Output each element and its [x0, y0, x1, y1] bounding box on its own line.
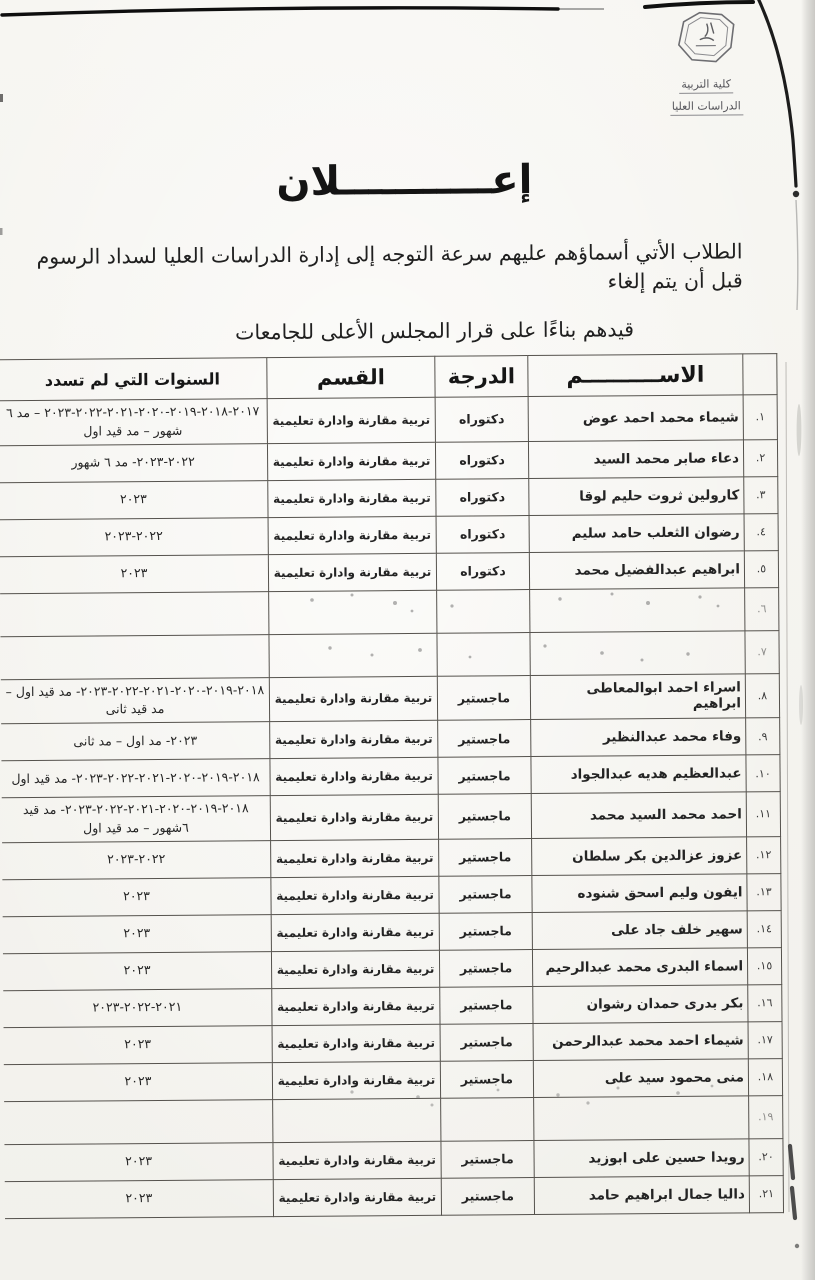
degree-value: دكتوراه	[435, 441, 528, 479]
unpaid-years-value	[0, 591, 269, 636]
degree-value: ماجستير	[438, 720, 531, 758]
degree-value: دكتوراه	[436, 478, 529, 516]
degree-value: ماجستير	[441, 1140, 534, 1178]
student-row: ٢. دعاء صابر محمد السيد دكتوراه تربية مق…	[0, 439, 778, 482]
header-unpaid-years: السنوات التي لم تسدد	[0, 358, 267, 401]
unpaid-years-value: ٢٠٢٣	[0, 554, 269, 593]
student-name: عبدالعظيم هديه عبدالجواد	[531, 755, 746, 794]
student-name: بكر بدرى حمدان رشوان	[533, 984, 748, 1023]
row-number: ٧.	[745, 630, 779, 673]
student-name	[530, 587, 745, 632]
student-row: ١٢. عزوز عزالدين بكر سلطان ماجستير تربية…	[2, 836, 781, 879]
department-value: تربية مقارنة وادارة تعليمية	[272, 1024, 440, 1062]
student-name: دعاء صابر محمد السيد	[528, 439, 743, 478]
department-value: تربية مقارنة وادارة تعليمية	[267, 442, 435, 480]
student-name: رضوان الثعلب حامد سليم	[529, 513, 744, 552]
department-value: تربية مقارنة وادارة تعليمية	[272, 1061, 440, 1099]
degree-value: ماجستير	[439, 838, 532, 876]
header-degree: الدرجة	[435, 356, 528, 398]
degree-value: ماجستير	[437, 675, 530, 720]
header-name: الاســــــــــم	[528, 354, 743, 397]
stamp-line-2: الدراسات العليا	[670, 100, 743, 116]
student-name: احمد محمد السيد محمد	[531, 792, 746, 838]
student-row: ٤. رضوان الثعلب حامد سليم دكتوراه تربية …	[0, 513, 778, 556]
department-value: تربية مقارنة وادارة تعليمية	[270, 794, 438, 840]
degree-value	[437, 632, 530, 676]
scanned-document-page: { "stamp": { "line1": "كلية التربية", "l…	[0, 0, 815, 1280]
student-row: ٨. اسراء احمد ابوالمعاطى ابراهيم ماجستير…	[1, 673, 780, 724]
degree-value: ماجستير	[440, 986, 533, 1024]
student-name	[530, 630, 745, 675]
row-number: ١٨.	[748, 1058, 782, 1095]
student-name: شيماء احمد محمد عبدالرحمن	[533, 1021, 748, 1060]
student-row: ٦.	[0, 587, 779, 636]
student-name: اسماء البدرى محمد عبدالرحيم	[532, 947, 747, 986]
student-name: شيماء محمد احمد عوض	[528, 395, 743, 441]
row-number: ٨.	[745, 673, 779, 718]
student-row: ٢١. داليا جمال ابراهيم حامد ماجستير تربي…	[5, 1175, 784, 1218]
unpaid-years-value: ٢٠٢٢-٢٠٢٣- مد ٦ شهور	[0, 443, 268, 482]
degree-value: ماجستير	[441, 1177, 534, 1215]
stamp-line-1: كلية التربية	[679, 78, 733, 93]
department-value	[269, 590, 437, 634]
student-name: رويدا حسين على ابوزيد	[534, 1138, 749, 1177]
department-value: تربية مقارنة وادارة تعليمية	[271, 950, 439, 988]
unpaid-years-value: ٢٠٢٣	[3, 951, 272, 990]
row-number: ١٧.	[748, 1021, 782, 1058]
unpaid-years-value	[4, 1099, 273, 1144]
student-row: ١٤. سهير خلف جاد على ماجستير تربية مقارن…	[3, 910, 782, 953]
unpaid-years-value: ٢٠٢٣	[4, 1025, 273, 1064]
student-name: ابراهيم عبدالفضيل محمد	[529, 550, 744, 589]
student-row: ٢٠. رويدا حسين على ابوزيد ماجستير تربية …	[4, 1138, 783, 1181]
degree-value: ماجستير	[438, 794, 531, 839]
unpaid-years-value: ٢٠٢٣	[3, 914, 272, 953]
faculty-stamp: كلية التربية الدراسات العليا	[651, 9, 762, 116]
student-row: ١٠. عبدالعظيم هديه عبدالجواد ماجستير ترب…	[1, 755, 780, 798]
unpaid-years-value	[0, 634, 269, 679]
row-number: ٢٠.	[749, 1138, 783, 1175]
intro-line-1: الطلاب الأتي أسماؤهم عليهم سرعة التوجه إ…	[5, 237, 742, 300]
unpaid-years-value: ٢٠١٧-٢٠١٨-٢٠١٩-٢٠٢٠-٢٠٢١-٢٠٢٢-٢٠٢٣ – مد …	[0, 399, 267, 446]
department-value: تربية مقارنة وادارة تعليمية	[268, 553, 436, 591]
degree-value: ماجستير	[439, 949, 532, 987]
unpaid-years-value: ٢٠٢٣	[4, 1142, 273, 1181]
department-value: تربية مقارنة وادارة تعليمية	[272, 987, 440, 1025]
department-value: تربية مقارنة وادارة تعليمية	[270, 720, 438, 758]
header-number	[743, 354, 777, 395]
student-name: ايفون وليم اسحق شنوده	[532, 873, 747, 912]
row-number: ١٦.	[748, 984, 782, 1021]
student-name: داليا جمال ابراهيم حامد	[534, 1175, 749, 1214]
table-header-row: الاســــــــــم الدرجة القسم السنوات الت…	[0, 354, 777, 401]
student-name: سهير خلف جاد على	[532, 910, 747, 949]
department-value	[269, 633, 437, 677]
intro-line-2: قيدهم بناءًا على قرار المجلس الأعلى للجا…	[6, 315, 743, 349]
paper-sheet: كلية التربية الدراسات العليا إعـــــــــ…	[0, 0, 815, 1280]
student-row: ١٨. منى محمود سيد على ماجستير تربية مقار…	[4, 1058, 783, 1101]
department-value: تربية مقارنة وادارة تعليمية	[270, 757, 438, 795]
student-row: ٣. كارولين ثروت حليم لوقا دكتوراه تربية …	[0, 476, 778, 519]
student-row: ١٥. اسماء البدرى محمد عبدالرحيم ماجستير …	[3, 947, 782, 990]
student-row: ١. شيماء محمد احمد عوض دكتوراه تربية مقا…	[0, 395, 777, 446]
unpaid-years-value: ٢٠٢١-٢٠٢٢-٢٠٢٣	[3, 988, 272, 1027]
degree-value: دكتوراه	[435, 397, 528, 442]
student-name: كارولين ثروت حليم لوقا	[529, 476, 744, 515]
student-name	[534, 1095, 749, 1140]
row-number: ١١.	[746, 792, 780, 837]
unpaid-years-value: ٢٠٢٣	[0, 480, 268, 519]
student-name: اسراء احمد ابوالمعاطى ابراهيم	[530, 673, 745, 719]
degree-value: ماجستير	[439, 875, 532, 913]
unpaid-years-value: ٢٠١٨-٢٠١٩-٢٠٢٠-٢٠٢١-٢٠٢٢-٢٠٢٣- مد قيد او…	[1, 677, 270, 724]
student-row: ٩. وفاء محمد عبدالنظير ماجستير تربية مقا…	[1, 718, 780, 761]
department-value: تربية مقارنة وادارة تعليمية	[271, 876, 439, 914]
row-number: ٩.	[746, 718, 780, 755]
degree-value	[441, 1097, 534, 1141]
unpaid-years-value: ٢٠٢٣- مد اول – مد ثانى	[1, 722, 270, 761]
row-number: ١٩.	[749, 1095, 783, 1138]
unpaid-years-value: ٢٠١٨-٢٠١٩-٢٠٢٠-٢٠٢١-٢٠٢٢-٢٠٢٣- مد قيد او…	[1, 759, 270, 798]
department-value: تربية مقارنة وادارة تعليمية	[268, 479, 436, 517]
department-value: تربية مقارنة وادارة تعليمية	[273, 1178, 441, 1216]
row-number: ٣.	[744, 476, 778, 513]
row-number: ٥.	[744, 550, 778, 587]
degree-value: ماجستير	[439, 912, 532, 950]
unpaid-years-value: ٢٠٢٣	[2, 877, 271, 916]
unpaid-years-value: ٢٠٢٢-٢٠٢٣	[0, 517, 268, 556]
student-name: وفاء محمد عبدالنظير	[531, 718, 746, 757]
student-row: ٧.	[0, 630, 779, 679]
department-value: تربية مقارنة وادارة تعليمية	[267, 397, 435, 443]
row-number: ٦.	[745, 587, 779, 630]
department-value: تربية مقارنة وادارة تعليمية	[269, 676, 437, 722]
row-number: ١٥.	[747, 947, 781, 984]
degree-value: ماجستير	[440, 1023, 533, 1061]
degree-value	[437, 589, 530, 633]
student-row: ١١. احمد محمد السيد محمد ماجستير تربية م…	[2, 792, 781, 843]
unpaid-years-value: ٢٠١٨-٢٠١٩-٢٠٢٠-٢٠٢١-٢٠٢٢-٢٠٢٣- مد قيد ٦ش…	[2, 796, 271, 843]
student-row: ١٩.	[4, 1095, 783, 1144]
unpaid-years-value: ٢٠٢٣	[4, 1062, 273, 1101]
student-row: ١٦. بكر بدرى حمدان رشوان ماجستير تربية م…	[3, 984, 782, 1027]
student-row: ١٧. شيماء احمد محمد عبدالرحمن ماجستير تر…	[4, 1021, 783, 1064]
row-number: ١٣.	[747, 873, 781, 910]
department-value: تربية مقارنة وادارة تعليمية	[268, 516, 436, 554]
row-number: ٢.	[743, 439, 777, 476]
header-department: القسم	[267, 356, 435, 398]
intro-paragraph: الطلاب الأتي أسماؤهم عليهم سرعة التوجه إ…	[5, 237, 743, 349]
row-number: ١٠.	[746, 755, 780, 792]
row-number: ١.	[743, 395, 777, 440]
department-value	[273, 1098, 441, 1142]
student-row: ١٣. ايفون وليم اسحق شنوده ماجستير تربية …	[2, 873, 781, 916]
department-value: تربية مقارنة وادارة تعليمية	[271, 913, 439, 951]
student-row: ٥. ابراهيم عبدالفضيل محمد دكتوراه تربية …	[0, 550, 779, 593]
department-value: تربية مقارنة وادارة تعليمية	[271, 839, 439, 877]
degree-value: دكتوراه	[436, 515, 529, 553]
row-number: ٤.	[744, 513, 778, 550]
department-value: تربية مقارنة وادارة تعليمية	[273, 1141, 441, 1179]
degree-value: ماجستير	[438, 757, 531, 795]
unpaid-years-value: ٢٠٢٢-٢٠٢٣	[2, 840, 271, 879]
student-name: منى محمود سيد على	[533, 1058, 748, 1097]
students-table: الاســــــــــم الدرجة القسم السنوات الت…	[0, 353, 784, 1219]
row-number: ١٢.	[747, 836, 781, 873]
announcement-title: إعـــــــــــلان	[0, 155, 812, 207]
unpaid-years-value: ٢٠٢٣	[5, 1179, 274, 1218]
row-number: ٢١.	[749, 1175, 783, 1212]
row-number: ١٤.	[747, 910, 781, 947]
degree-value: دكتوراه	[436, 552, 529, 590]
university-emblem-icon	[670, 9, 742, 68]
degree-value: ماجستير	[440, 1060, 533, 1098]
student-name: عزوز عزالدين بكر سلطان	[532, 836, 747, 875]
